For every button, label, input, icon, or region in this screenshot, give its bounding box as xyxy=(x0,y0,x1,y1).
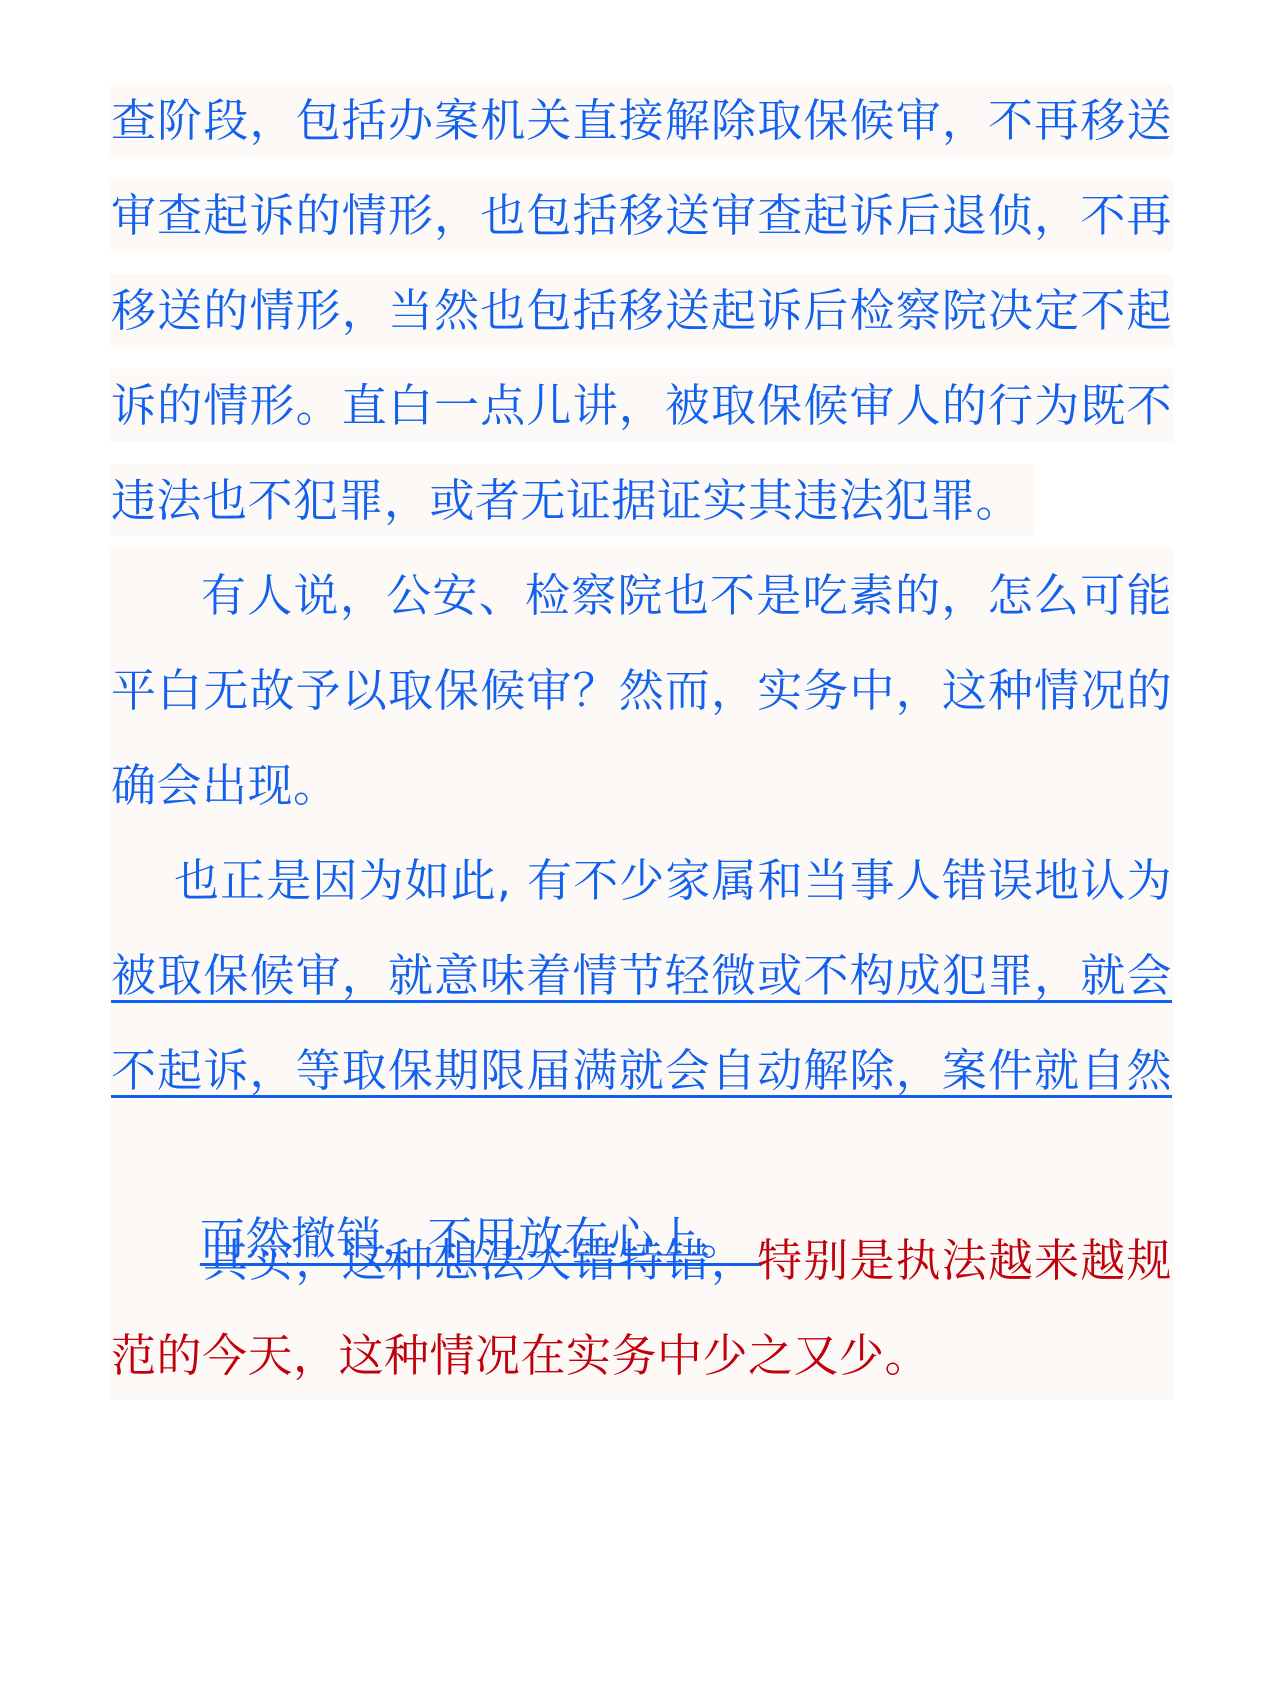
text-line: 也正是因为如此, 有不少家属和当事人错误地认为 xyxy=(174,844,1172,917)
document-page: 查阶段，包括办案机关直接解除取保候审，不再移送 审查起诉的情形，也包括移送审查起… xyxy=(0,0,1280,1707)
text-line: 确会出现。 xyxy=(111,749,339,822)
text-line: 有人说，公安、检察院也不是吃素的，怎么可能 xyxy=(201,559,1172,632)
text-line: 审查起诉的情形，也包括移送审查起诉后退侦，不再 xyxy=(111,179,1172,252)
normal-text: 其实，这种想法大错特错， xyxy=(203,1234,757,1287)
underlined-text: 被取保候审，就意味着情节轻微或不构成犯罪，就会 xyxy=(111,949,1172,1002)
text-line: 诉的情形。直白一点儿讲，被取保候审人的行为既不 xyxy=(111,369,1172,442)
emphasized-red-text-line: 范的今天，这种情况在实务中少之又少。 xyxy=(111,1319,930,1392)
text-line: 违法也不犯罪，或者无证据证实其违法犯罪。 xyxy=(111,464,1021,537)
text-line: 移送的情形，当然也包括移送起诉后检察院决定不起 xyxy=(111,274,1172,347)
text-line: 平白无故予以取保候审？然而，实务中，这种情况的 xyxy=(111,654,1172,727)
underlined-text-line: 被取保候审，就意味着情节轻微或不构成犯罪，就会 xyxy=(111,939,1172,1012)
underlined-text: 不起诉，等取保期限届满就会自动解除，案件就自然 xyxy=(111,1044,1172,1097)
text-line: 查阶段，包括办案机关直接解除取保候审，不再移送 xyxy=(111,84,1172,157)
underlined-text-line: 而然撤销，不用放在心上。 xyxy=(111,1129,761,1202)
emphasized-red-text: 特别是执法越来越规 xyxy=(757,1234,1172,1287)
mixed-color-text-line: 其实，这种想法大错特错，特别是执法越来越规 xyxy=(203,1224,1172,1297)
underlined-text-line: 不起诉，等取保期限届满就会自动解除，案件就自然 xyxy=(111,1034,1172,1107)
